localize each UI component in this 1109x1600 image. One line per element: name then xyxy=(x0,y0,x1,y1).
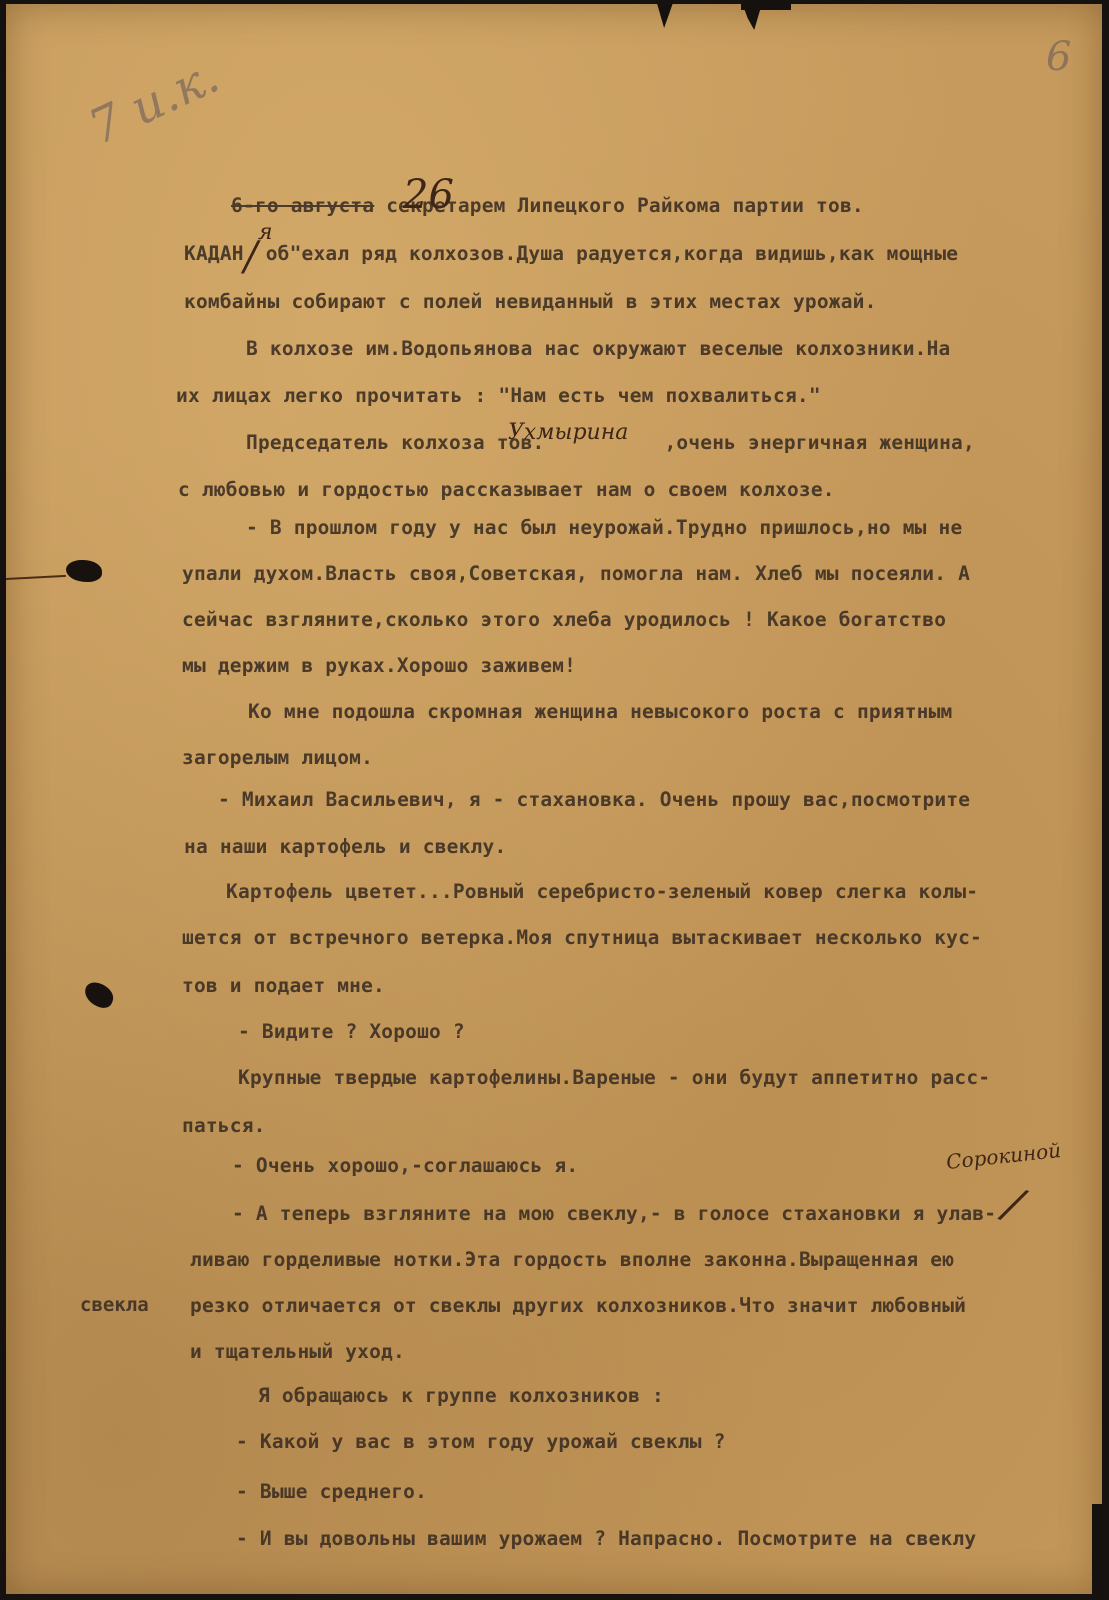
text-line: паться. xyxy=(182,1114,266,1137)
handwritten-insert: Ухмырина xyxy=(508,420,628,445)
text-line: 6-го августа секретарем Липецкого Райком… xyxy=(231,194,864,217)
top-tear xyxy=(656,0,674,28)
worm-hole xyxy=(66,560,102,582)
text-line: - Михаил Васильевич, я - стахановка. Оче… xyxy=(218,788,970,811)
text-line: - Выше среднего. xyxy=(236,1480,427,1503)
text-line: Я обращаюсь к группе колхозников : xyxy=(258,1384,664,1407)
text-line: шется от встречного ветерка.Моя спутница… xyxy=(182,926,982,949)
text-line: В колхозе им.Водопьянова нас окружают ве… xyxy=(246,337,950,360)
text-line: мы держим в руках.Хорошо заживем! xyxy=(182,654,576,677)
text-line: - В прошлом году у нас был неурожай.Труд… xyxy=(246,516,962,539)
text-line: загорелым лицом. xyxy=(182,746,373,769)
line-text: КАДАН xyxy=(184,242,244,265)
text-line: тов и подает мне. xyxy=(182,974,385,997)
handwritten-arrow-line: / xyxy=(998,1178,1028,1231)
line-text: об"ехал ряд колхозов.Душа радуется,когда… xyxy=(266,242,959,265)
text-line: Картофель цветет...Ровный серебристо-зел… xyxy=(226,880,978,903)
line-text: ,очень энергичная женщина, xyxy=(664,431,974,454)
text-line: с любовью и гордостью рассказывает нам о… xyxy=(178,478,835,501)
struck-text: 6-го августа xyxy=(231,194,374,217)
text-line: Крупные твердые картофелины.Вареные - он… xyxy=(238,1066,990,1089)
handwritten-note-sorokinoy: Сорокиной xyxy=(945,1138,1062,1174)
text-line: ливаю горделивые нотки.Эта гордость впол… xyxy=(190,1248,954,1271)
typewritten-page: 7 и.к. 6 6-го августа секретарем Липецко… xyxy=(6,4,1102,1594)
text-line: - Очень хорошо,-соглашаюсь я. xyxy=(232,1154,578,1177)
text-line: резко отличается от свеклы других колхоз… xyxy=(190,1294,966,1317)
text-line: - И вы довольны вашим урожаем ? Напрасно… xyxy=(236,1527,976,1550)
top-tear xyxy=(741,0,791,10)
text-line: - Видите ? Хорошо ? xyxy=(238,1020,465,1043)
handwritten-insert: 26 xyxy=(403,172,454,218)
text-line: их лицах легко прочитать : "Нам есть чем… xyxy=(176,384,821,407)
handwritten-slash: / xyxy=(244,234,257,280)
worm-hole xyxy=(81,979,117,1012)
pencil-mark-top-right: 6 xyxy=(1046,34,1071,80)
text-line: КАДАНоб"ехал ряд колхозов.Душа радуется,… xyxy=(184,242,958,265)
text-line: - А теперь взгляните на мою свеклу,- в г… xyxy=(232,1202,996,1225)
text-line: сейчас взгляните,сколько этого хлеба уро… xyxy=(182,608,946,631)
handwritten-insert: я xyxy=(258,220,273,245)
text-line: упали духом.Власть своя,Советская, помог… xyxy=(182,562,970,585)
text-line: Ко мне подошла скромная женщина невысоко… xyxy=(248,700,952,723)
pencil-mark-top-left: 7 и.к. xyxy=(81,48,228,156)
right-edge-tear xyxy=(1092,1504,1104,1599)
crack xyxy=(6,575,66,580)
text-line: на наши картофель и свеклу. xyxy=(184,835,506,858)
text-line: и тщательный уход. xyxy=(190,1340,405,1363)
margin-note: свекла xyxy=(80,1294,149,1316)
text-line: - Какой у вас в этом году урожай свеклы … xyxy=(236,1430,726,1453)
text-line: комбайны собирают с полей невиданный в э… xyxy=(184,290,877,313)
